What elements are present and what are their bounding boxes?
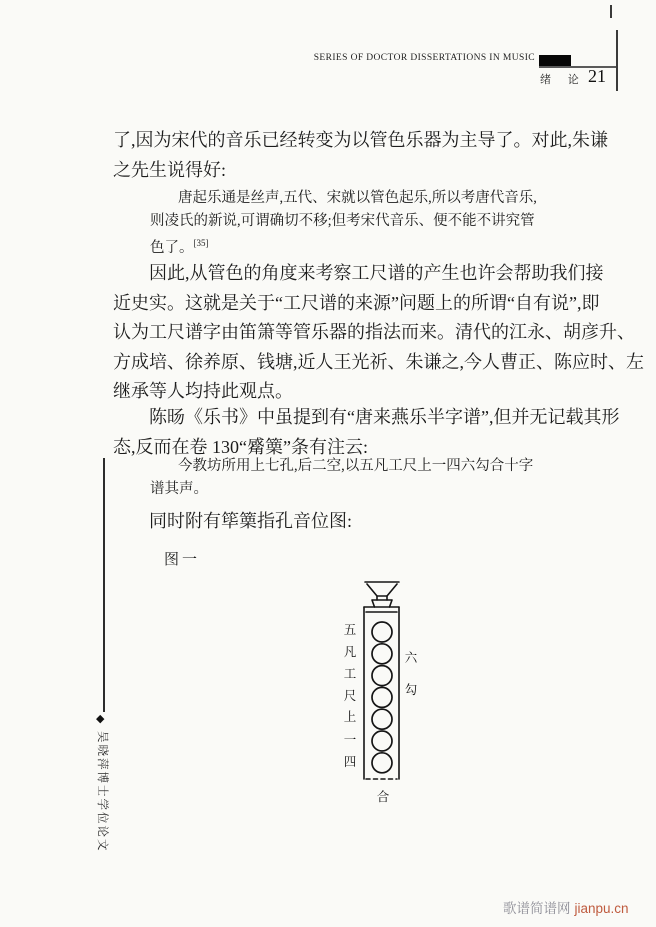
text-line: 近史实。这就是关于“工尺谱的来源”问题上的所谓“自有说”,即 xyxy=(113,289,644,319)
hole-label-left: 工 xyxy=(343,667,357,681)
diamond-icon: ◆ xyxy=(96,712,104,725)
quote-line: 谱其声。 xyxy=(150,478,533,501)
finger-holes-group xyxy=(372,622,392,773)
reed-funnel xyxy=(367,584,397,596)
text-line: 因此,从管色的角度来考察工尺谱的产生也许会帮助我们接 xyxy=(113,259,644,289)
scanned-page: SERIES OF DOCTOR DISSERTATIONS IN MUSIC … xyxy=(0,0,656,927)
dissertation-series-vertical-title: 吴晓萍博士学位论文 xyxy=(95,731,111,853)
quote-line: 色了。[35] xyxy=(150,232,537,255)
finger-hole xyxy=(372,753,392,773)
footnote-marker: [35] xyxy=(194,238,209,248)
finger-hole xyxy=(372,644,392,664)
page-edge-tick-side xyxy=(616,30,618,91)
text-line: 同时附有筚篥指孔音位图: xyxy=(113,507,352,537)
text-line: 认为工尺谱字由笛箫等管乐器的指法而来。清代的江永、胡彦升、 xyxy=(113,318,644,348)
watermark-site-url: jianpu.cn xyxy=(575,901,629,916)
finger-hole xyxy=(372,666,392,686)
section-label: 绪 论 xyxy=(540,71,586,87)
page-number: 21 xyxy=(588,66,606,87)
paragraph-2: 因此,从管色的角度来考察工尺谱的产生也许会帮助我们接 近史实。这就是关于“工尺谱… xyxy=(113,259,644,407)
hole-label-left: 五 xyxy=(343,623,357,637)
page-edge-tick-top xyxy=(610,5,612,18)
watermark-site-name: 歌谱简谱网 xyxy=(503,901,571,916)
text-line: 之先生说得好: xyxy=(113,156,608,186)
quote-line-text: 色了。 xyxy=(150,240,194,256)
instrument-diagram: 五 凡 工 尺 上 一 四 六 勾 合 xyxy=(330,575,450,825)
block-quote-1: 唐起乐通是丝声,五代、宋就以管色起乐,所以考唐代音乐, 则凌氏的新说,可谓确切不… xyxy=(150,187,537,255)
text-line: 了,因为宋代的音乐已经转变为以管色乐器为主导了。对此,朱谦 xyxy=(113,126,608,156)
watermark: 歌谱简谱网jianpu.cn xyxy=(503,897,629,917)
finger-hole xyxy=(372,709,392,729)
figure-label: 图一 xyxy=(164,548,200,569)
series-title: SERIES OF DOCTOR DISSERTATIONS IN MUSIC xyxy=(0,53,535,63)
text-line: 方成培、徐养原、钱塘,近人王光祈、朱谦之,今人曹正、陈应时、左 xyxy=(113,348,644,378)
block-quote-2: 今教坊所用上七孔,后二空,以五凡工尺上一四六勾合十字 谱其声。 xyxy=(150,455,533,500)
quote-line: 则凌氏的新说,可谓确切不移;但考宋代音乐、便不能不讲究管 xyxy=(150,210,537,233)
hole-label-left: 上 xyxy=(343,710,357,724)
reed-collar xyxy=(372,600,392,607)
paragraph-1: 了,因为宋代的音乐已经转变为以管色乐器为主导了。对此,朱谦 之先生说得好: xyxy=(113,126,608,185)
finger-hole xyxy=(372,687,392,707)
hole-label-left: 凡 xyxy=(343,645,357,659)
paragraph-3: 陈旸《乐书》中虽提到有“唐来燕乐半字谱”,但并无记载其形 态,反而在卷 130“… xyxy=(113,403,619,462)
finger-hole xyxy=(372,622,392,642)
hole-label-bottom: 合 xyxy=(376,790,390,804)
text-line: 陈旸《乐书》中虽提到有“唐来燕乐半字谱”,但并无记载其形 xyxy=(113,403,619,433)
margin-rule xyxy=(103,458,105,712)
finger-hole xyxy=(372,731,392,751)
hole-label-left: 一 xyxy=(343,733,357,747)
quote-line: 唐起乐通是丝声,五代、宋就以管色起乐,所以考唐代音乐, xyxy=(150,187,537,210)
paragraph-4: 同时附有筚篥指孔音位图: xyxy=(113,507,352,537)
hole-label-left: 四 xyxy=(343,755,357,769)
hole-label-left: 尺 xyxy=(343,689,357,703)
quote-line: 今教坊所用上七孔,后二空,以五凡工尺上一四六勾合十字 xyxy=(150,455,533,478)
hole-label-right: 勾 xyxy=(404,683,418,697)
tube-top xyxy=(364,607,399,612)
hole-label-right: 六 xyxy=(404,651,418,665)
